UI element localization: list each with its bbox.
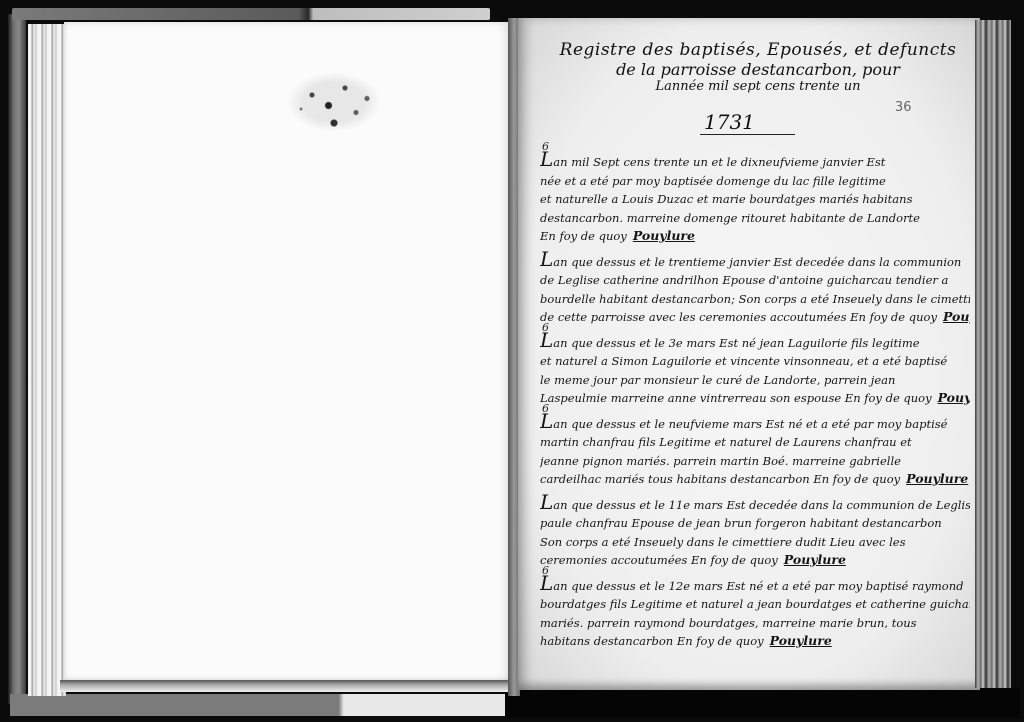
entry-line: le meme jour par monsieur le curé de Lan… bbox=[540, 371, 970, 390]
book-cover-top-edge bbox=[12, 8, 490, 20]
priest-signature: Pouylure bbox=[770, 632, 832, 651]
register-entry: 6Lan que dessus et le 3e mars Est né jea… bbox=[540, 331, 970, 408]
entry-line: martin chanfrau fils Legitime et naturel… bbox=[540, 433, 970, 452]
register-entry: Lan que dessus et le 11e mars Est decedé… bbox=[540, 493, 970, 570]
priest-signature: Pouylure bbox=[906, 470, 968, 489]
entry-line: habitans destancarbon En foy de quoyPouy… bbox=[540, 632, 970, 651]
entry-line: cardeilhac mariés tous habitans destanca… bbox=[540, 470, 970, 489]
entry-line: et naturelle a Louis Duzac et marie bour… bbox=[540, 190, 970, 209]
entry-line: bourdatges fils Legitime et naturel a je… bbox=[540, 595, 970, 614]
header-line-3: Lannée mil sept cens trente un bbox=[548, 79, 968, 94]
entry-line: Laspeulmie marreine anne vintrerreau son… bbox=[540, 389, 970, 408]
register-entry: 6Lan mil Sept cens trente un et le dixne… bbox=[540, 150, 970, 246]
entry-line: bourdelle habitant destancarbon; Son cor… bbox=[540, 290, 970, 309]
register-entry: 6Lan que dessus et le 12e mars Est né et… bbox=[540, 574, 970, 651]
entry-line: de cette parroisse avec les ceremonies a… bbox=[540, 308, 970, 327]
register-header: Registre des baptisés, Epousés, et defun… bbox=[548, 40, 968, 94]
entry-line: née et a eté par moy baptisée domenge du… bbox=[540, 172, 970, 191]
margin-mark: 6 bbox=[542, 564, 549, 577]
right-page-stack-edges bbox=[975, 20, 1011, 688]
register-entry: 6Lan que dessus et le neufvieme mars Est… bbox=[540, 412, 970, 489]
page-number: 36 bbox=[895, 100, 912, 115]
priest-signature: Pouylure bbox=[938, 389, 970, 408]
margin-mark: 6 bbox=[542, 140, 549, 153]
entry-line: Lan que dessus et le 12e mars Est né et … bbox=[540, 574, 970, 596]
header-line-1: Registre des baptisés, Epousés, et defun… bbox=[548, 40, 968, 60]
left-page-bottom-edge bbox=[60, 680, 510, 692]
entry-line: Lan que dessus et le 11e mars Est decedé… bbox=[540, 493, 970, 515]
entry-line: de Leglise catherine andrilhon Epouse d'… bbox=[540, 271, 970, 290]
register-entry: Lan que dessus et le trentieme janvier E… bbox=[540, 250, 970, 327]
entry-line: jeanne pignon mariés. parrein martin Boé… bbox=[540, 452, 970, 471]
open-register-book: Registre des baptisés, Epousés, et defun… bbox=[0, 0, 1024, 722]
left-page-stack-edges bbox=[28, 24, 66, 696]
entry-line: paule chanfrau Epouse de jean brun forge… bbox=[540, 514, 970, 533]
header-line-2: de la parroisse destancarbon, pour bbox=[548, 60, 968, 79]
entry-line: Lan que dessus et le 3e mars Est né jean… bbox=[540, 331, 970, 353]
entry-line: mariés. parrein raymond bourdatges, marr… bbox=[540, 614, 970, 633]
entry-line: ceremonies accoutumées En foy de quoyPou… bbox=[540, 551, 970, 570]
entry-line: Lan que dessus et le trentieme janvier E… bbox=[540, 250, 970, 272]
left-page-blank bbox=[64, 22, 512, 684]
register-entries: 6Lan mil Sept cens trente un et le dixne… bbox=[540, 150, 970, 655]
entry-line: Son corps a eté Inseuely dans le cimetti… bbox=[540, 533, 970, 552]
entry-line: Lan que dessus et le neufvieme mars Est … bbox=[540, 412, 970, 434]
priest-signature: Pouylure bbox=[943, 308, 970, 327]
book-cover-bottom-right bbox=[505, 688, 1020, 718]
margin-mark: 6 bbox=[542, 402, 549, 415]
margin-mark: 6 bbox=[542, 321, 549, 334]
priest-signature: Pouylure bbox=[784, 551, 846, 570]
entry-line: et naturel a Simon Laguilorie et vincent… bbox=[540, 352, 970, 371]
entry-line: En foy de quoyPouylure bbox=[540, 227, 970, 246]
entry-line: Lan mil Sept cens trente un et le dixneu… bbox=[540, 150, 970, 172]
ink-stain bbox=[279, 67, 389, 137]
register-year: 1731 bbox=[700, 110, 795, 135]
entry-line: destancarbon. marreine domenge ritouret … bbox=[540, 209, 970, 228]
book-cover-left-edge bbox=[8, 14, 26, 704]
book-cover-bottom-edge bbox=[10, 694, 508, 716]
priest-signature: Pouylure bbox=[633, 227, 695, 246]
